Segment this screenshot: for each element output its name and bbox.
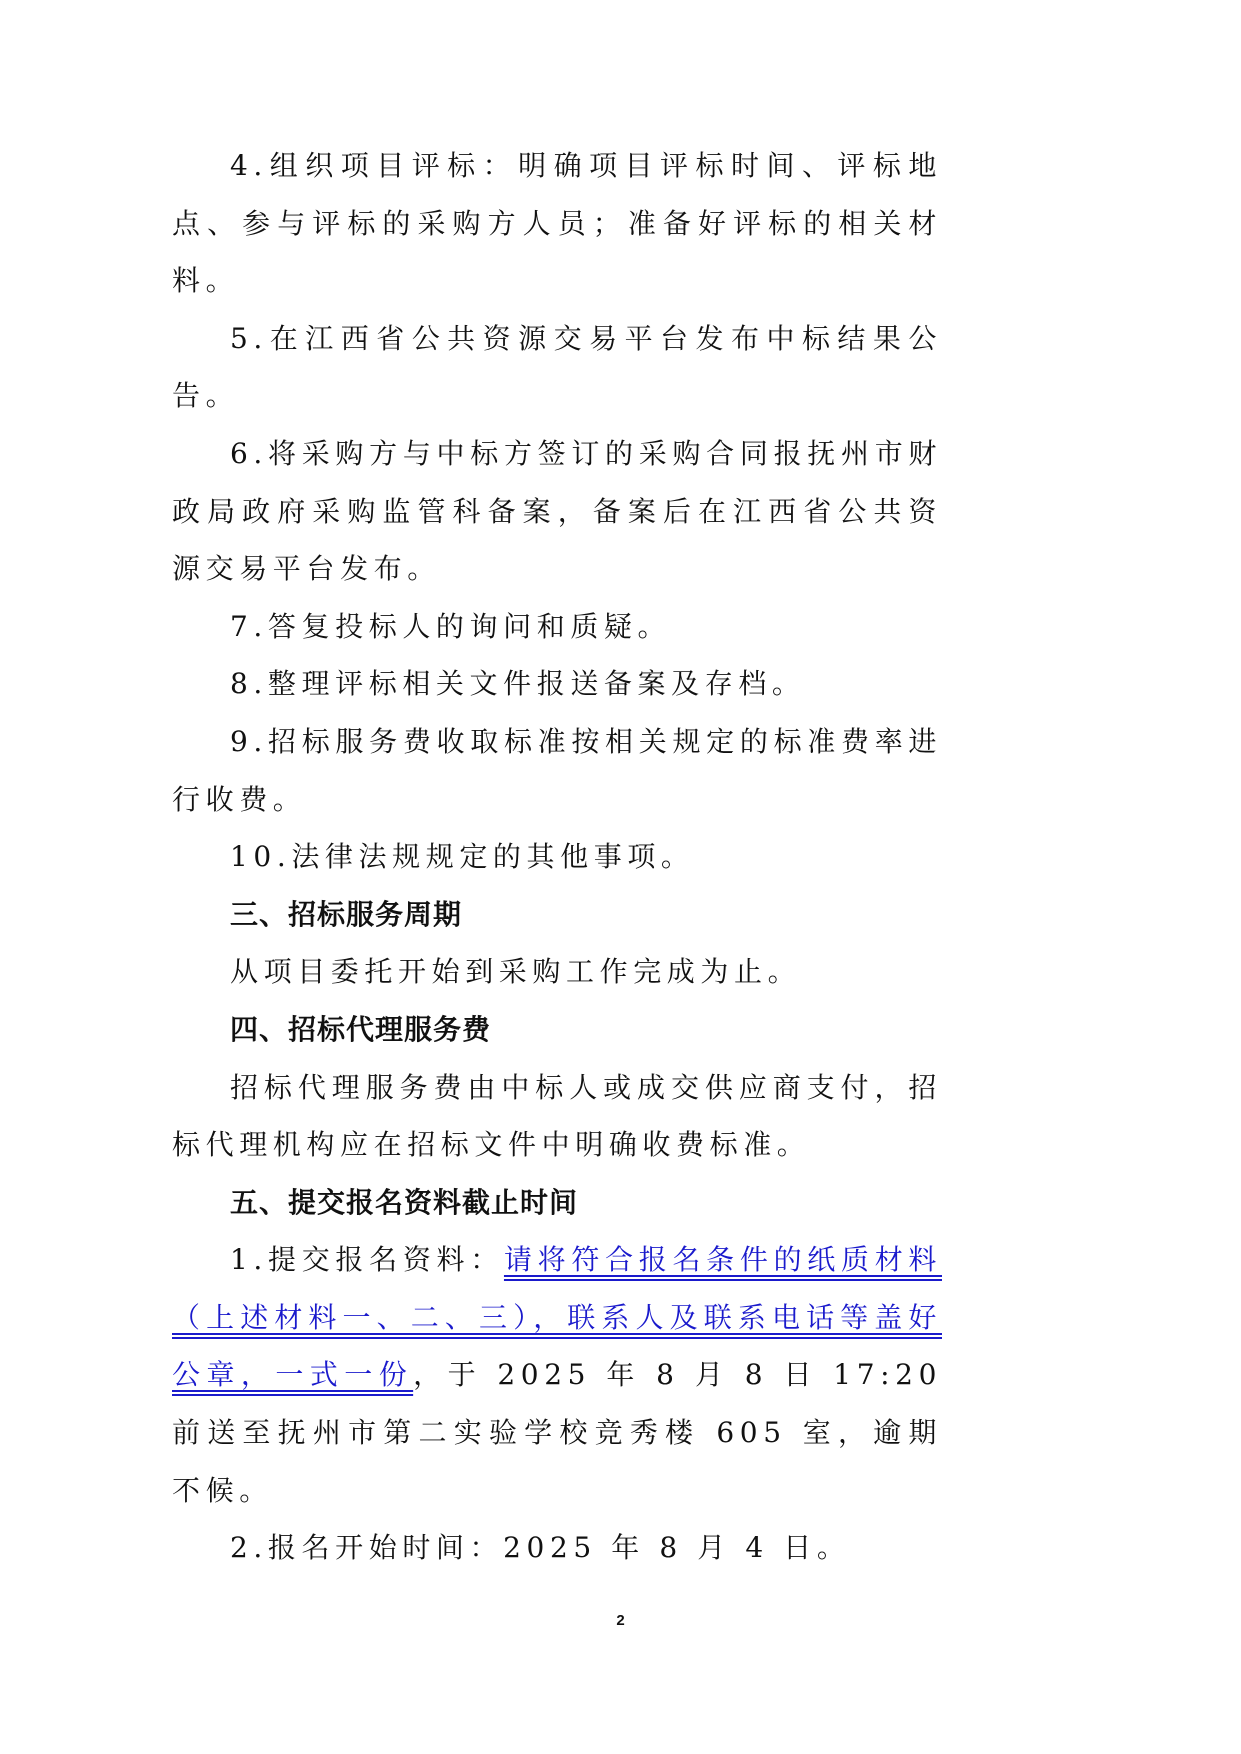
paragraph-submit-materials: 1.提交报名资料：请将符合报名条件的纸质材料（上述材料一、二、三），联系人及联系…: [172, 1231, 942, 1519]
section-heading-agency-fee: 四、招标代理服务费: [172, 1001, 942, 1059]
paragraph-item-7: 7.答复投标人的询问和质疑。: [172, 598, 942, 656]
paragraph-item-4: 4.组织项目评标：明确项目评标时间、评标地点、参与评标的采购方人员；准备好评标的…: [172, 137, 942, 310]
paragraph-item-8: 8.整理评标相关文件报送备案及存档。: [172, 655, 942, 713]
section-body-service-period: 从项目委托开始到采购工作完成为止。: [172, 943, 942, 1001]
paragraph-registration-start: 2.报名开始时间：2025 年 8 月 4 日。: [172, 1519, 942, 1577]
section-body-agency-fee: 招标代理服务费由中标人或成交供应商支付，招标代理机构应在招标文件中明确收费标准。: [172, 1059, 942, 1174]
page-number: 2: [0, 1612, 1241, 1629]
paragraph-item-5: 5.在江西省公共资源交易平台发布中标结果公告。: [172, 310, 942, 425]
submit-materials-prefix: 1.提交报名资料：: [230, 1243, 504, 1276]
paragraph-item-6: 6.将采购方与中标方签订的采购合同报抚州市财政局政府采购监管科备案，备案后在江西…: [172, 425, 942, 598]
section-heading-service-period: 三、招标服务周期: [172, 886, 942, 944]
document-page: 4.组织项目评标：明确项目评标时间、评标地点、参与评标的采购方人员；准备好评标的…: [172, 137, 942, 1577]
paragraph-item-10: 10.法律法规规定的其他事项。: [172, 828, 942, 886]
section-heading-deadline: 五、提交报名资料截止时间: [172, 1174, 942, 1232]
paragraph-item-9: 9.招标服务费收取标准按相关规定的标准费率进行收费。: [172, 713, 942, 828]
